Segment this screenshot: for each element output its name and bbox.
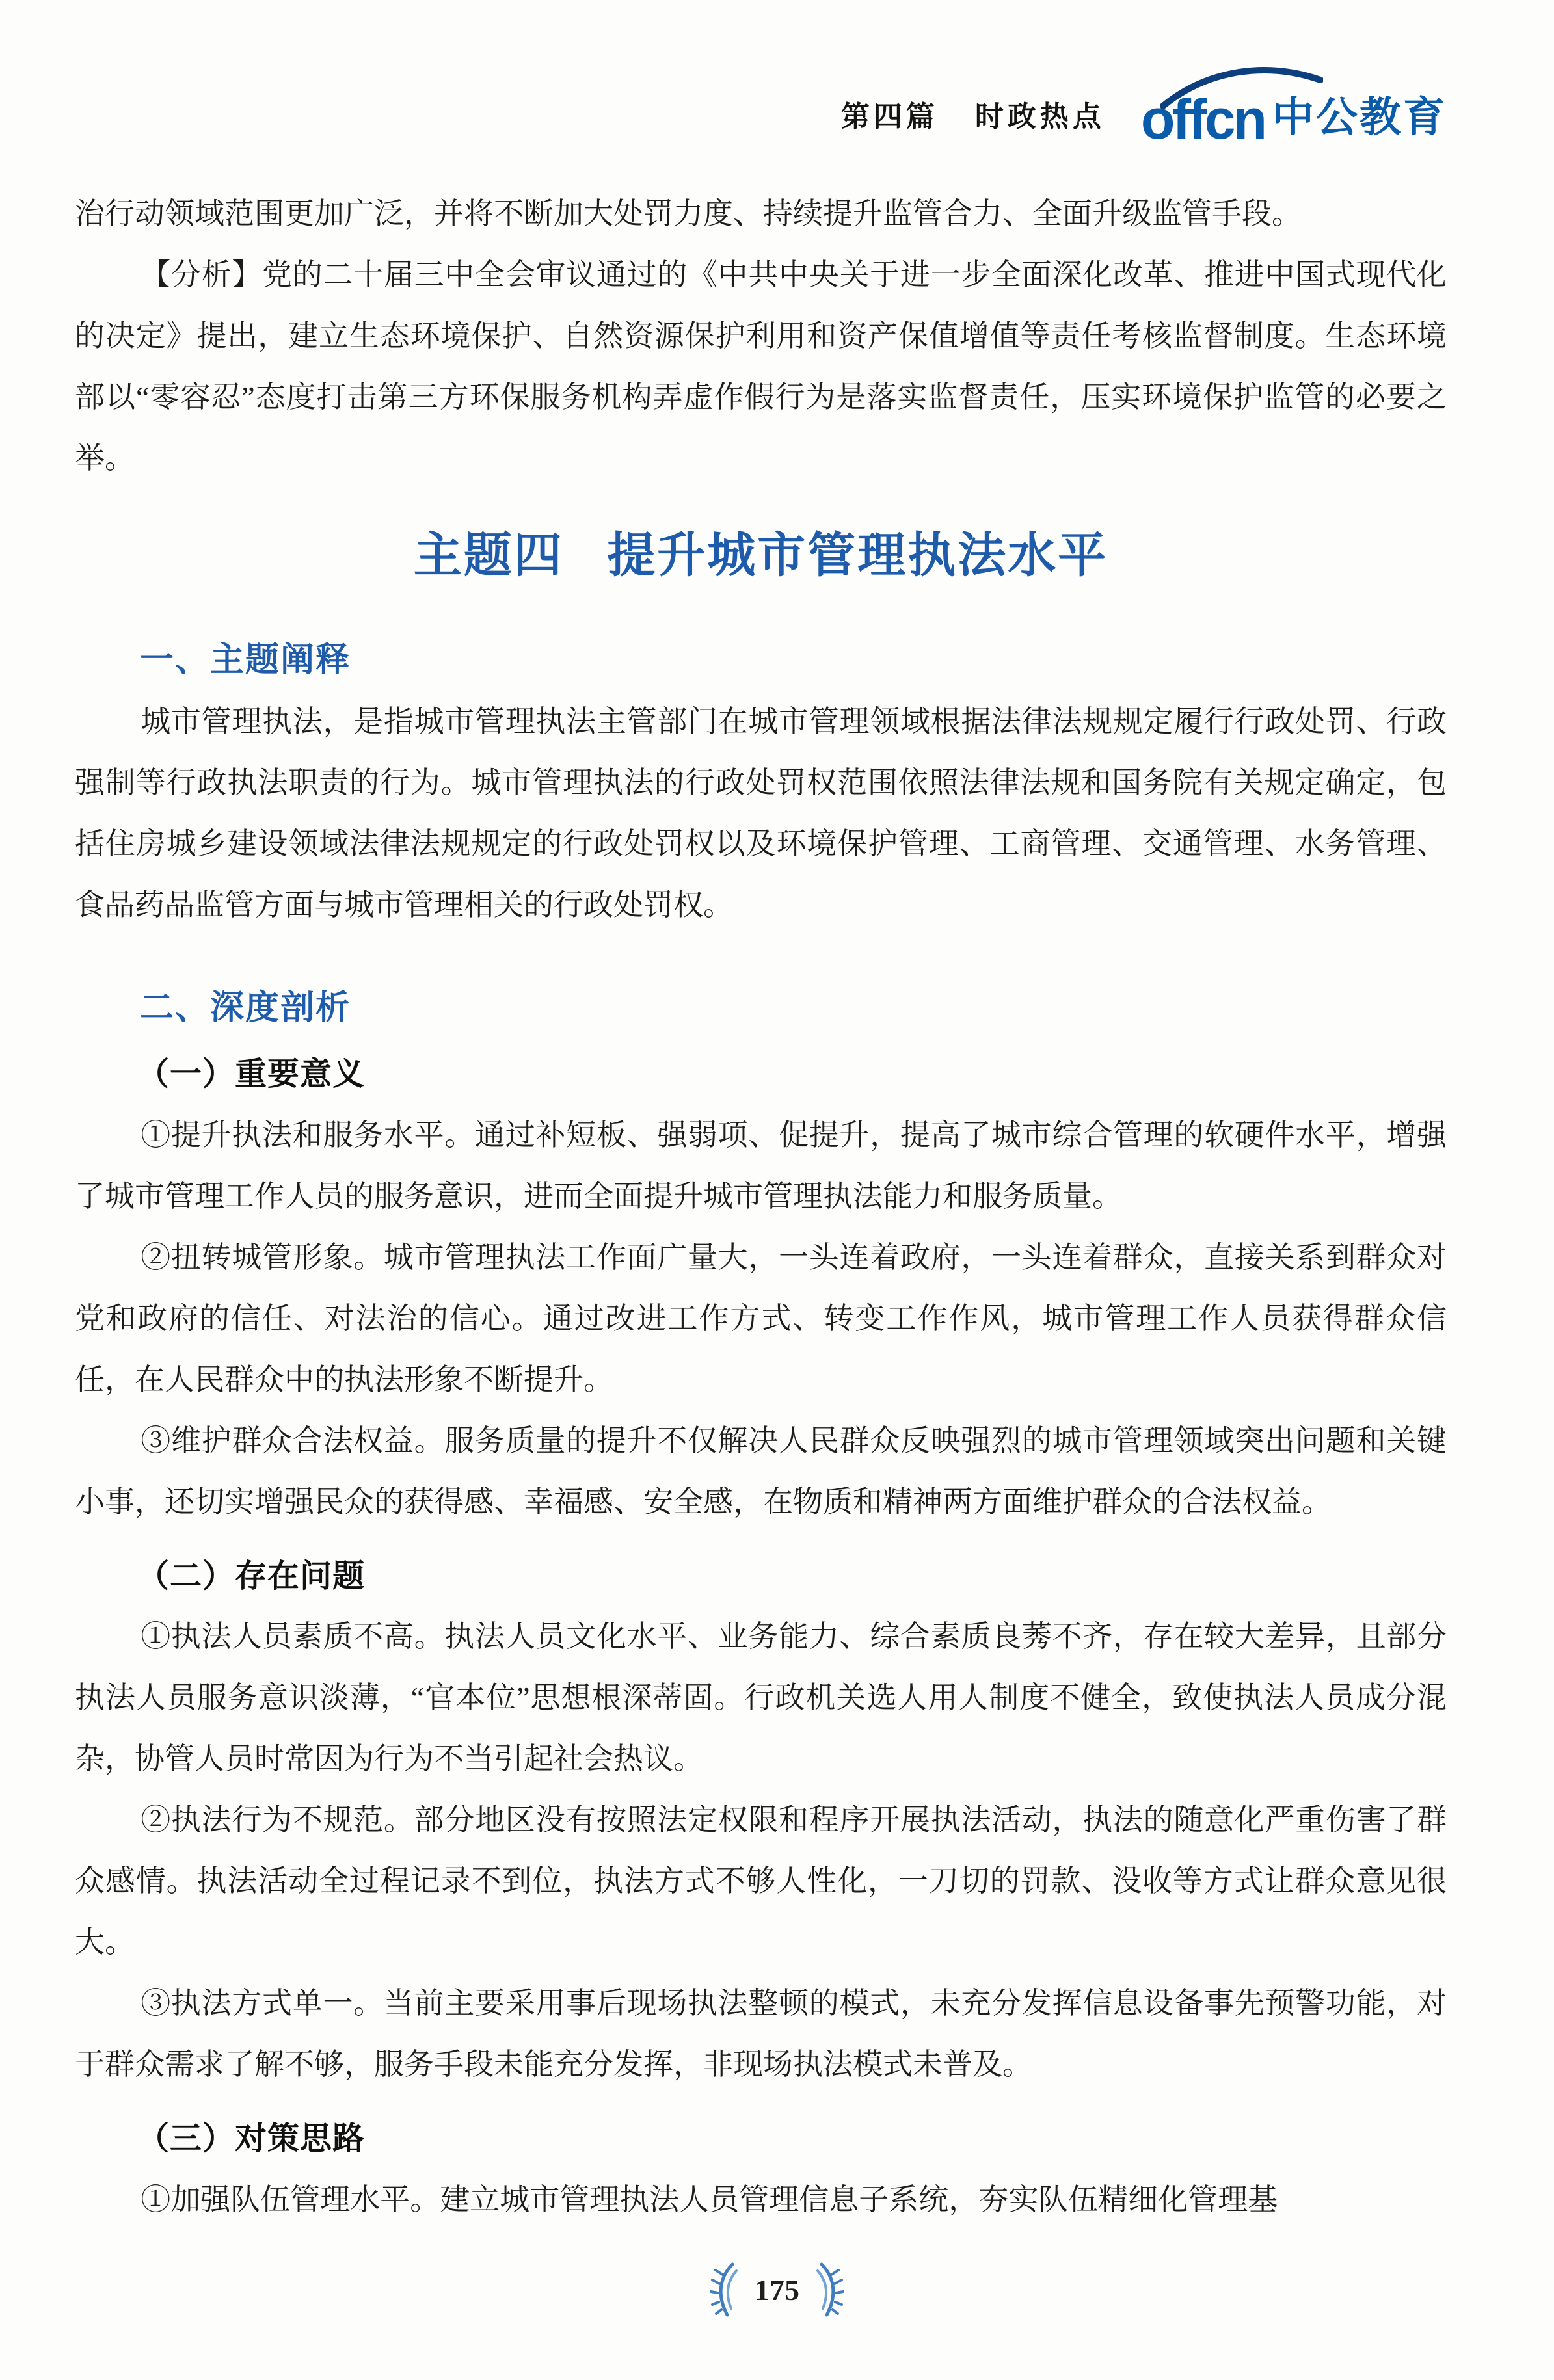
body-paragraph: ①加强队伍管理水平。建立城市管理执法人员管理信息子系统，夯实队伍精细化管理基 — [75, 2169, 1447, 2230]
section-heading-1: 一、主题阐释 — [140, 639, 1447, 683]
page-header: 第四篇 时政热点 offcn 中公教育 — [75, 78, 1447, 150]
body-paragraph: ②扭转城管形象。城市管理执法工作面广量大，一头连着政府，一头连着群众，直接关系到… — [75, 1227, 1447, 1410]
body-paragraph: 城市管理执法，是指城市管理执法主管部门在城市管理领域根据法律法规规定履行行政处罚… — [75, 691, 1447, 936]
running-head: 第四篇 时政热点 — [841, 93, 1105, 135]
page-footer: 175 — [0, 2262, 1554, 2318]
offcn-logo: offcn 中公教育 — [1141, 80, 1447, 148]
brand-name: 中公教育 — [1272, 84, 1447, 144]
chapter-title-text: 提升城市管理执法水平 — [607, 528, 1108, 582]
chapter-title-label: 主题四 — [414, 528, 564, 582]
laurel-right-icon — [816, 2262, 844, 2318]
subsection-heading-solutions: （三）对策思路 — [137, 2119, 1447, 2160]
subsection-heading-significance: （一）重要意义 — [137, 1054, 1447, 1096]
section-heading-2: 二、深度剖析 — [140, 986, 1447, 1031]
subsection-heading-problems: （二）存在问题 — [137, 1556, 1447, 1598]
page-body: 治行动领域范围更加广泛，并将不断加大处罚力度、持续提升监管合力、全面升级监管手段… — [75, 183, 1447, 2230]
topic-label: 时政热点 — [975, 93, 1105, 135]
body-paragraph: ①执法人员素质不高。执法人员文化水平、业务能力、综合素质良莠不齐，存在较大差异，… — [75, 1606, 1447, 1790]
offcn-wordmark: offcn — [1141, 88, 1265, 151]
body-paragraph: 治行动领域范围更加广泛，并将不断加大处罚力度、持续提升监管合力、全面升级监管手段… — [75, 183, 1447, 245]
body-paragraph: 【分析】党的二十届三中全会审议通过的《中共中央关于进一步全面深化改革、推进中国式… — [75, 245, 1447, 489]
page-number: 175 — [755, 2273, 799, 2307]
book-page: 第四篇 时政热点 offcn 中公教育 治行动领域范围更加广泛，并将不断加大处罚… — [0, 0, 1554, 2380]
body-paragraph: ②执法行为不规范。部分地区没有按照法定权限和程序开展执法活动，执法的随意化严重伤… — [75, 1790, 1447, 1973]
body-paragraph: ①提升执法和服务水平。通过补短板、强弱项、促提升，提高了城市综合管理的软硬件水平… — [75, 1105, 1447, 1227]
laurel-left-icon — [710, 2262, 738, 2318]
body-paragraph: ③执法方式单一。当前主要采用事后现场执法整顿的模式，未充分发挥信息设备事先预警功… — [75, 1973, 1447, 2095]
offcn-wordmark-wrap: offcn — [1141, 80, 1265, 148]
body-paragraph: ③维护群众合法权益。服务质量的提升不仅解决人民群众反映强烈的城市管理领域突出问题… — [75, 1410, 1447, 1533]
chapter-title: 主题四提升城市管理执法水平 — [75, 523, 1447, 588]
part-label: 第四篇 — [841, 93, 939, 135]
